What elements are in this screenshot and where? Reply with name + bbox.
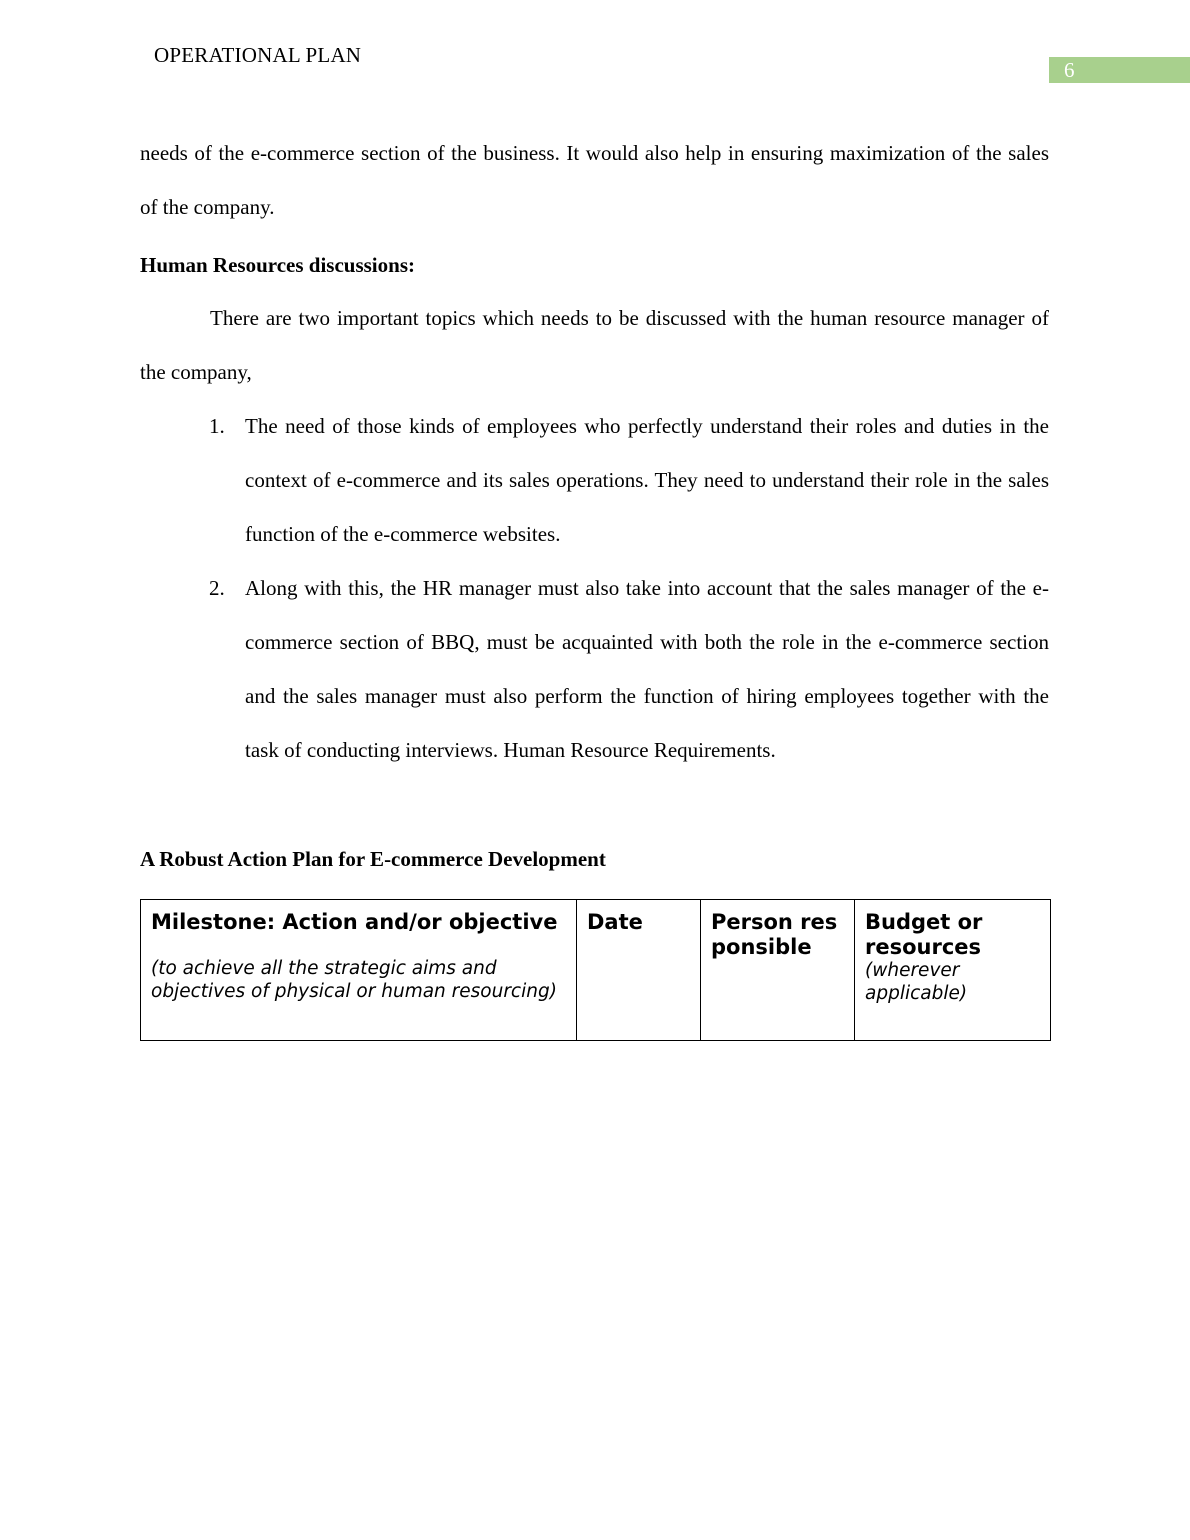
hr-discussions-heading: Human Resources discussions: xyxy=(140,253,415,278)
continuation-paragraph: needs of the e-commerce section of the b… xyxy=(140,126,1049,234)
hr-intro-paragraph: There are two important topics which nee… xyxy=(140,291,1049,399)
column-milestone: Milestone: Action and/or objective (to a… xyxy=(141,900,577,1041)
list-item-number: 1. xyxy=(209,399,225,453)
column-title: Budget or resources xyxy=(865,910,1040,960)
list-item: 2. Along with this, the HR manager must … xyxy=(209,561,1049,777)
list-item-text: Along with this, the HR manager must als… xyxy=(245,576,1049,762)
list-item: 1. The need of those kinds of employees … xyxy=(209,399,1049,561)
table-header-row: Milestone: Action and/or objective (to a… xyxy=(141,900,1051,1041)
running-header-title: OPERATIONAL PLAN xyxy=(154,43,361,68)
action-plan-heading: A Robust Action Plan for E-commerce Deve… xyxy=(140,847,606,872)
column-title: Date xyxy=(587,910,690,935)
page-number: 6 xyxy=(1064,58,1075,83)
list-item-text: The need of those kinds of employees who… xyxy=(245,414,1049,546)
column-date: Date xyxy=(577,900,701,1041)
column-budget: Budget or resources (wherever applicable… xyxy=(855,900,1051,1041)
column-subtitle: (to achieve all the strategic aims and o… xyxy=(151,958,566,1003)
column-person-responsible: Person responsible xyxy=(701,900,855,1041)
page-number-badge: 6 xyxy=(1049,57,1190,83)
hr-topics-list: 1. The need of those kinds of employees … xyxy=(209,399,1049,777)
column-title: Person responsible xyxy=(711,910,844,960)
column-title: Milestone: Action and/or objective xyxy=(151,910,566,935)
column-subtitle: (wherever applicable) xyxy=(865,960,1040,1005)
list-item-number: 2. xyxy=(209,561,225,615)
action-plan-table: Milestone: Action and/or objective (to a… xyxy=(140,899,1051,1041)
